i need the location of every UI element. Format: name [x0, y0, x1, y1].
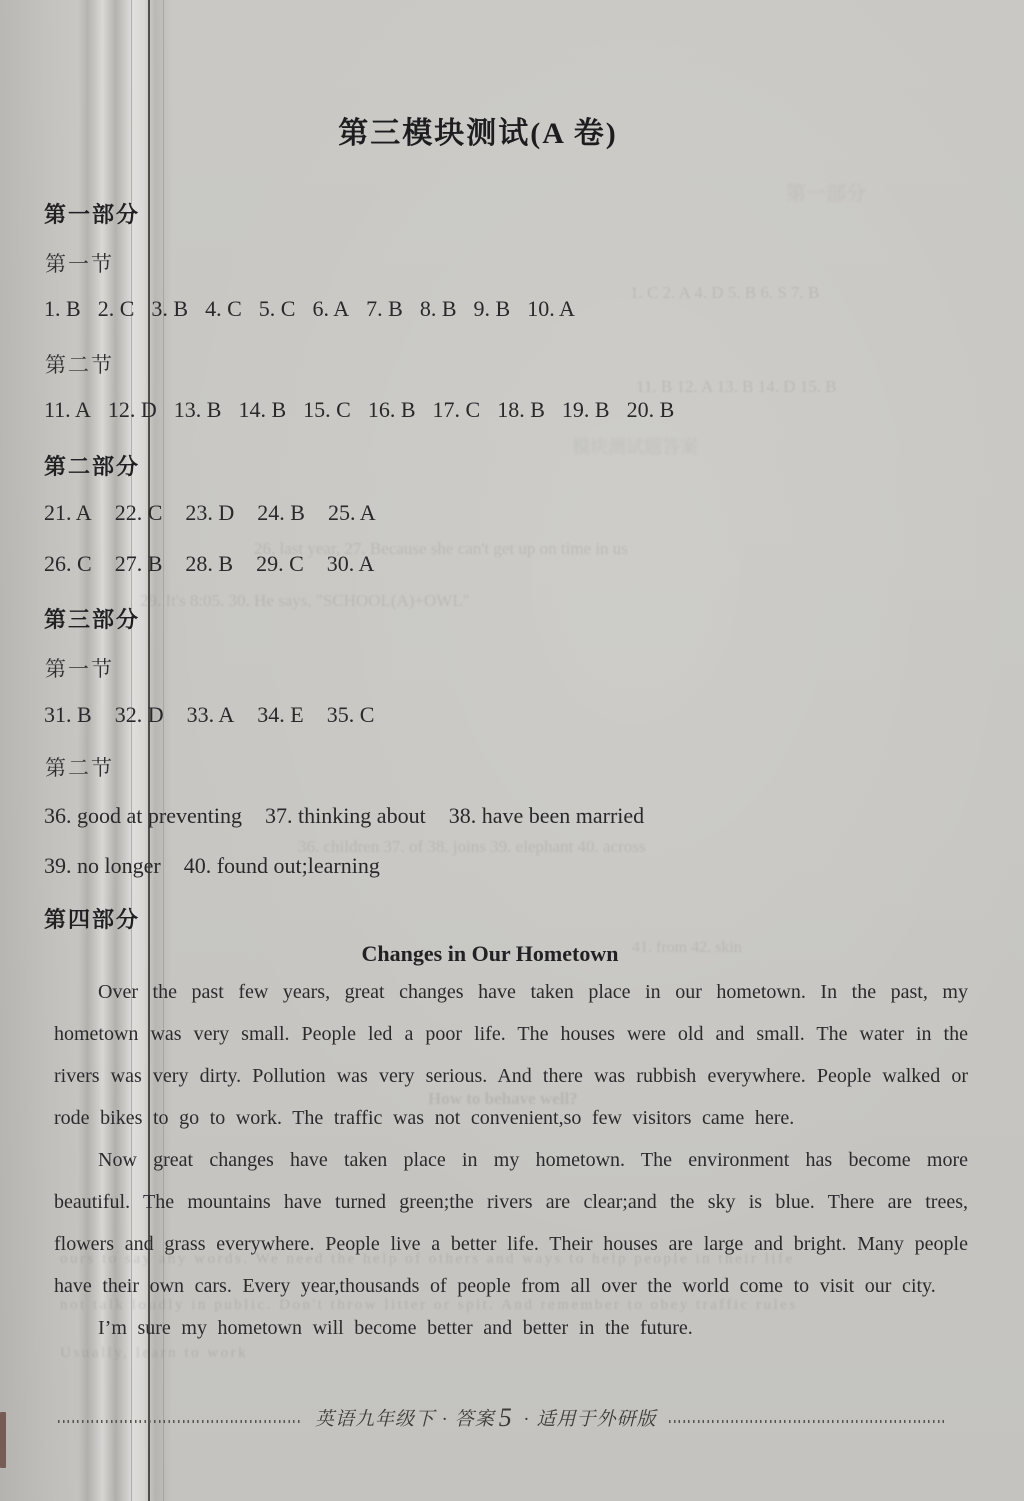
answer-item: 23. D [185, 500, 234, 526]
answer-item: 5. C [259, 296, 296, 322]
essay-paragraph: Over the past few years, great changes h… [54, 971, 968, 1139]
answer-item: 11. A [44, 397, 91, 423]
answer-item: 36. good at preventing [44, 803, 242, 829]
answer-item: 20. B [627, 397, 675, 423]
essay-paragraph: Now great changes have taken place in my… [54, 1139, 968, 1307]
scanned-answer-page: 第一部分 1. C 2. A 4. D 5. B 6. S 7. B 11. B… [0, 0, 1024, 1501]
part1-heading: 第一部分 [44, 198, 140, 229]
answer-item: 7. B [366, 296, 403, 322]
answer-item: 1. B [44, 296, 81, 322]
answer-item: 16. B [368, 397, 416, 423]
part3-section1-label: 第一节 [45, 653, 114, 683]
answer-item: 12. D [108, 397, 157, 423]
part2-heading: 第二部分 [44, 450, 140, 481]
answer-item: 39. no longer [44, 853, 161, 879]
answer-item: 21. A [44, 500, 92, 526]
footer-text: 英语九年级下 · 答案 5 · 适用于外研版 [303, 1402, 669, 1432]
answer-item: 2. C [98, 296, 135, 322]
answer-item: 38. have been married [449, 803, 644, 829]
bleed-through-text: 1. C 2. A 4. D 5. B 6. S 7. B [630, 284, 819, 301]
answer-item: 29. C [256, 551, 304, 577]
answer-item: 34. E [257, 702, 303, 728]
answer-item: 14. B [238, 397, 286, 423]
part3-section1-answers: 31. B32. D33. A34. E35. C [44, 702, 397, 728]
answer-item: 22. C [115, 500, 163, 526]
answer-item: 35. C [327, 702, 375, 728]
part1-section1-label: 第一节 [45, 248, 114, 278]
footer-edition: 适用于外研版 [537, 1404, 657, 1431]
answer-item: 3. B [151, 296, 188, 322]
answer-item: 18. B [497, 397, 545, 423]
part3-section2-answers-row2: 39. no longer40. found out;learning [44, 853, 403, 879]
part1-section1-answers: 1. B2. C3. B4. C5. C6. A7. B8. B9. B10. … [44, 296, 592, 322]
answer-item: 6. A [312, 296, 349, 322]
answer-item: 32. D [115, 702, 164, 728]
answer-item: 9. B [474, 296, 511, 322]
scan-edge-artifact [0, 1412, 6, 1468]
essay-title: Changes in Our Hometown [0, 941, 980, 967]
answer-item: 17. C [433, 397, 481, 423]
bleed-through-text: 模块测试题答案 [572, 438, 698, 456]
answer-item: 13. B [174, 397, 222, 423]
answer-item: 26. C [44, 551, 92, 577]
footer-rule-left [58, 1420, 303, 1423]
footer-rule-right [669, 1420, 946, 1423]
answer-item: 10. A [527, 296, 575, 322]
part3-section2-answers-row1: 36. good at preventing37. thinking about… [44, 803, 667, 829]
answer-item: 19. B [562, 397, 610, 423]
bleed-through-text: 11. B 12. A 13. B 14. D 15. B [636, 378, 837, 395]
bleed-through-text: 29. It's 8:05. 30. He says, "SCHOOL(A)+O… [140, 592, 470, 609]
answer-item: 28. B [185, 551, 233, 577]
footer-answer-label: 答案 [455, 1404, 495, 1431]
answer-item: 27. B [115, 551, 163, 577]
answer-item: 30. A [327, 551, 375, 577]
part3-section2-label: 第二节 [45, 752, 114, 782]
answer-item: 25. A [328, 500, 376, 526]
answer-item: 4. C [205, 296, 242, 322]
page-title: 第三模块测试(A 卷) [0, 108, 956, 152]
answer-item: 40. found out;learning [184, 853, 380, 879]
answer-item: 31. B [44, 702, 92, 728]
answer-item: 15. C [303, 397, 351, 423]
page-footer: 英语九年级下 · 答案 5 · 适用于外研版 [58, 1402, 946, 1432]
part1-section2-label: 第二节 [45, 349, 114, 379]
bleed-through-text: 第一部分 [786, 184, 866, 204]
answer-item: 24. B [257, 500, 305, 526]
essay-paragraph: I’m sure my hometown will become better … [54, 1307, 968, 1349]
answer-item: 33. A [187, 702, 235, 728]
answer-item: 8. B [420, 296, 457, 322]
essay-body: Over the past few years, great changes h… [54, 971, 968, 1349]
answer-item: 37. thinking about [265, 803, 426, 829]
part2-answers-row1: 21. A22. C23. D24. B25. A [44, 500, 399, 526]
part2-answers-row2: 26. C27. B28. B29. C30. A [44, 551, 397, 577]
footer-separator: · [524, 1409, 530, 1431]
part4-heading: 第四部分 [44, 903, 140, 934]
footer-volume: 英语九年级下 [315, 1404, 435, 1431]
part3-heading: 第三部分 [44, 603, 140, 634]
footer-separator: · [442, 1409, 448, 1431]
part1-section2-answers: 11. A12. D13. B14. B15. C16. B17. C18. B… [44, 397, 691, 423]
footer-page-number: 5 [499, 1403, 513, 1433]
